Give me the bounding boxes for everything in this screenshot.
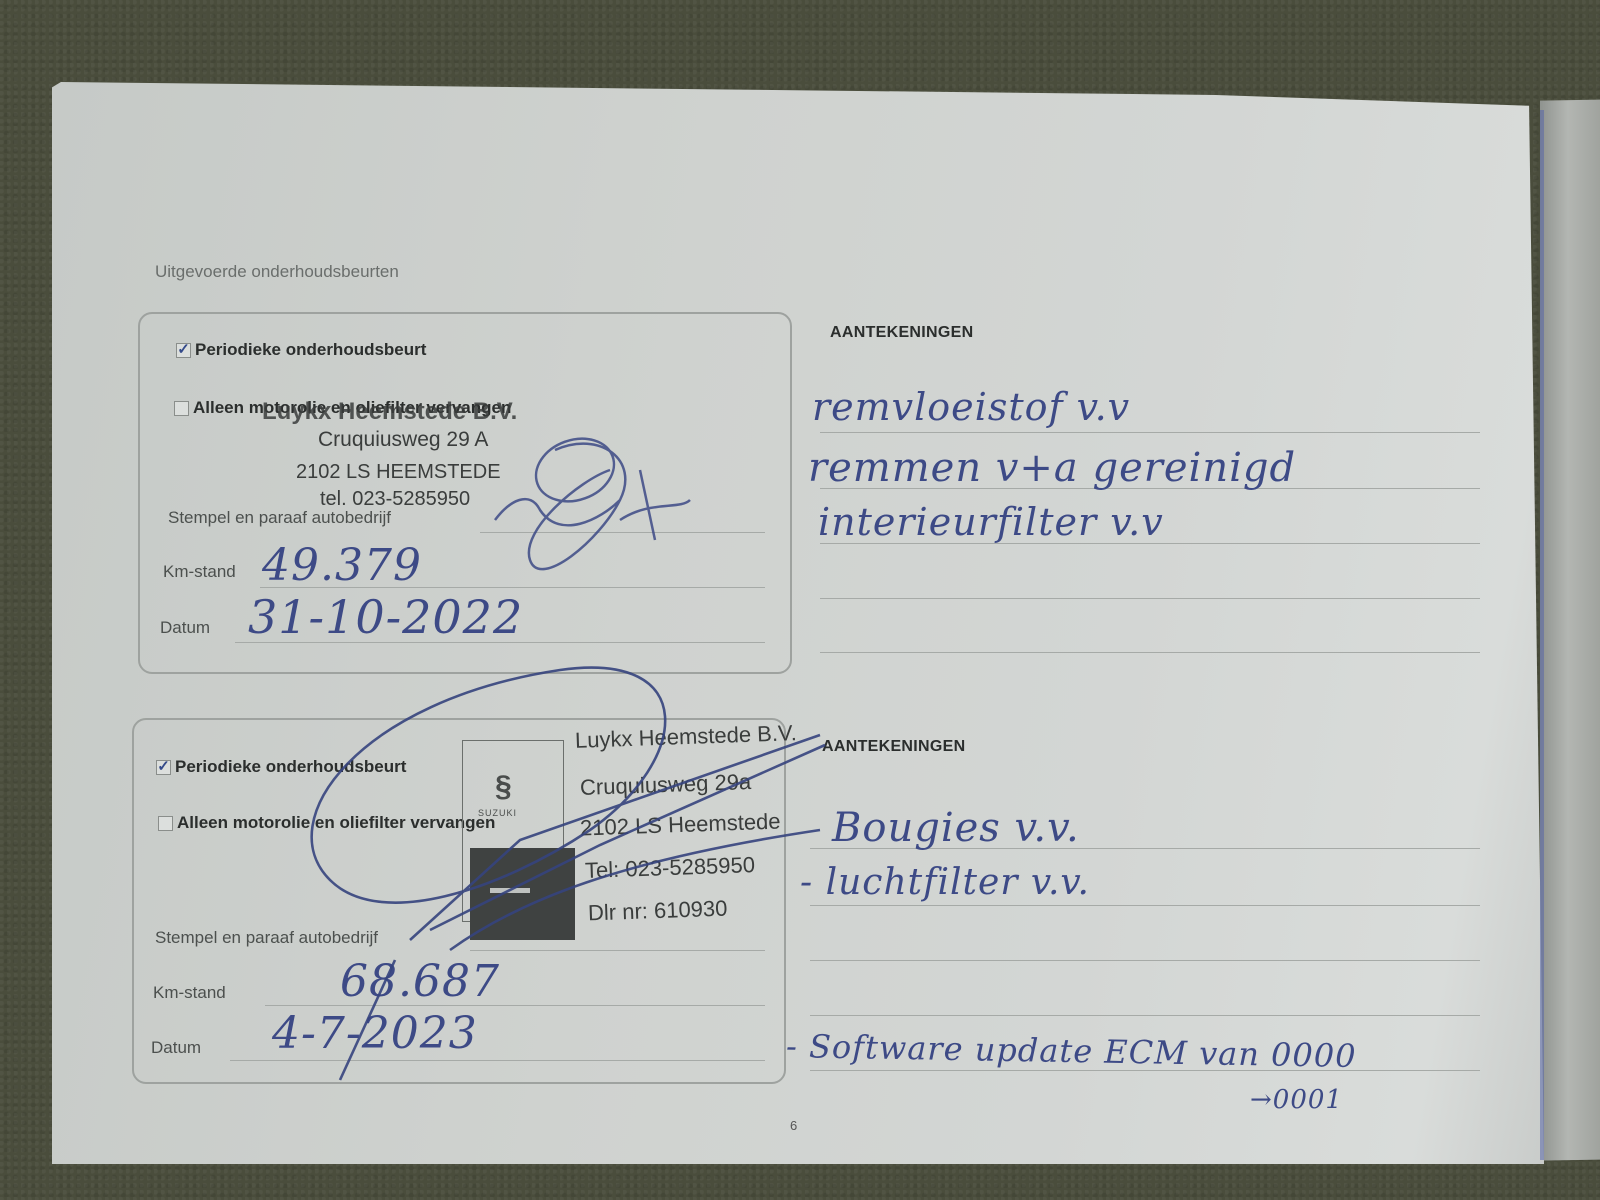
stamp-dealer-no-2: Dlr nr: 610930	[588, 896, 728, 927]
notes-heading-2: AANTEKENINGEN	[822, 738, 965, 756]
stamp-postal-city-1: 2102 LS HEEMSTEDE	[296, 461, 501, 484]
rule	[810, 960, 1480, 961]
date-label-1: Datum	[160, 618, 210, 638]
next-page-edge	[1540, 99, 1600, 1160]
option-oil-only-label-2: Alleen motorolie en oliefilter vervangen	[177, 813, 495, 833]
date-value-2: 4-7-2023	[272, 1008, 478, 1059]
option-periodic-label-2: Periodieke onderhoudsbeurt	[175, 757, 406, 777]
km-value-2: 68.687	[340, 956, 500, 1007]
stamp-brand-2: SUZUKI	[478, 808, 517, 818]
checkbox-periodic-2[interactable]: ✓	[156, 760, 171, 775]
stamp-company-1: Luykx Heemstede B.V.	[262, 398, 517, 426]
rule	[480, 532, 765, 533]
qr-code-icon	[470, 848, 575, 940]
page-number: 6	[790, 1118, 797, 1133]
rule	[470, 950, 765, 951]
page-edge	[1540, 110, 1544, 1160]
date-value-1: 31-10-2022	[248, 590, 523, 644]
qr-code-mark	[490, 888, 530, 893]
option-periodic-1: ✓ Periodieke onderhoudsbeurt	[176, 340, 426, 360]
checkbox-periodic-1[interactable]: ✓	[176, 343, 191, 358]
note-1-line-1: remvloeistof v.v	[812, 385, 1130, 429]
checkbox-oil-only-2[interactable]	[158, 816, 173, 831]
rule	[810, 905, 1480, 906]
rule	[820, 652, 1480, 653]
stamp-address-1: Cruquiusweg 29 A	[318, 428, 488, 452]
section-title: Uitgevoerde onderhoudsbeurten	[155, 262, 399, 282]
rule	[810, 1015, 1480, 1016]
option-periodic-label-1: Periodieke onderhoudsbeurt	[195, 340, 426, 360]
rule	[820, 598, 1480, 599]
note-1-line-2: remmen v+a gereinigd	[808, 445, 1296, 491]
km-value-1: 49.379	[262, 540, 422, 591]
checkbox-oil-only-1[interactable]	[174, 401, 189, 416]
notes-heading-1: AANTEKENINGEN	[830, 324, 973, 342]
note-1-line-3: interieurfilter v.v	[818, 500, 1164, 544]
suzuki-logo-icon: §	[495, 770, 512, 804]
stamp-label-1: Stempel en paraaf autobedrijf	[168, 508, 391, 528]
note-2-line-2: - luchtfilter v.v.	[800, 862, 1090, 903]
stamp-label-2: Stempel en paraaf autobedrijf	[155, 928, 378, 948]
date-label-2: Datum	[151, 1038, 201, 1058]
note-2-line-4: →0001	[1250, 1085, 1343, 1115]
note-2-line-1: Bougies v.v.	[832, 805, 1080, 851]
rule	[820, 432, 1480, 433]
rule	[230, 1060, 765, 1061]
option-periodic-2: ✓ Periodieke onderhoudsbeurt	[156, 757, 406, 777]
km-label-1: Km-stand	[163, 562, 236, 582]
option-oil-only-2: Alleen motorolie en oliefilter vervangen	[158, 813, 495, 833]
km-label-2: Km-stand	[153, 983, 226, 1003]
